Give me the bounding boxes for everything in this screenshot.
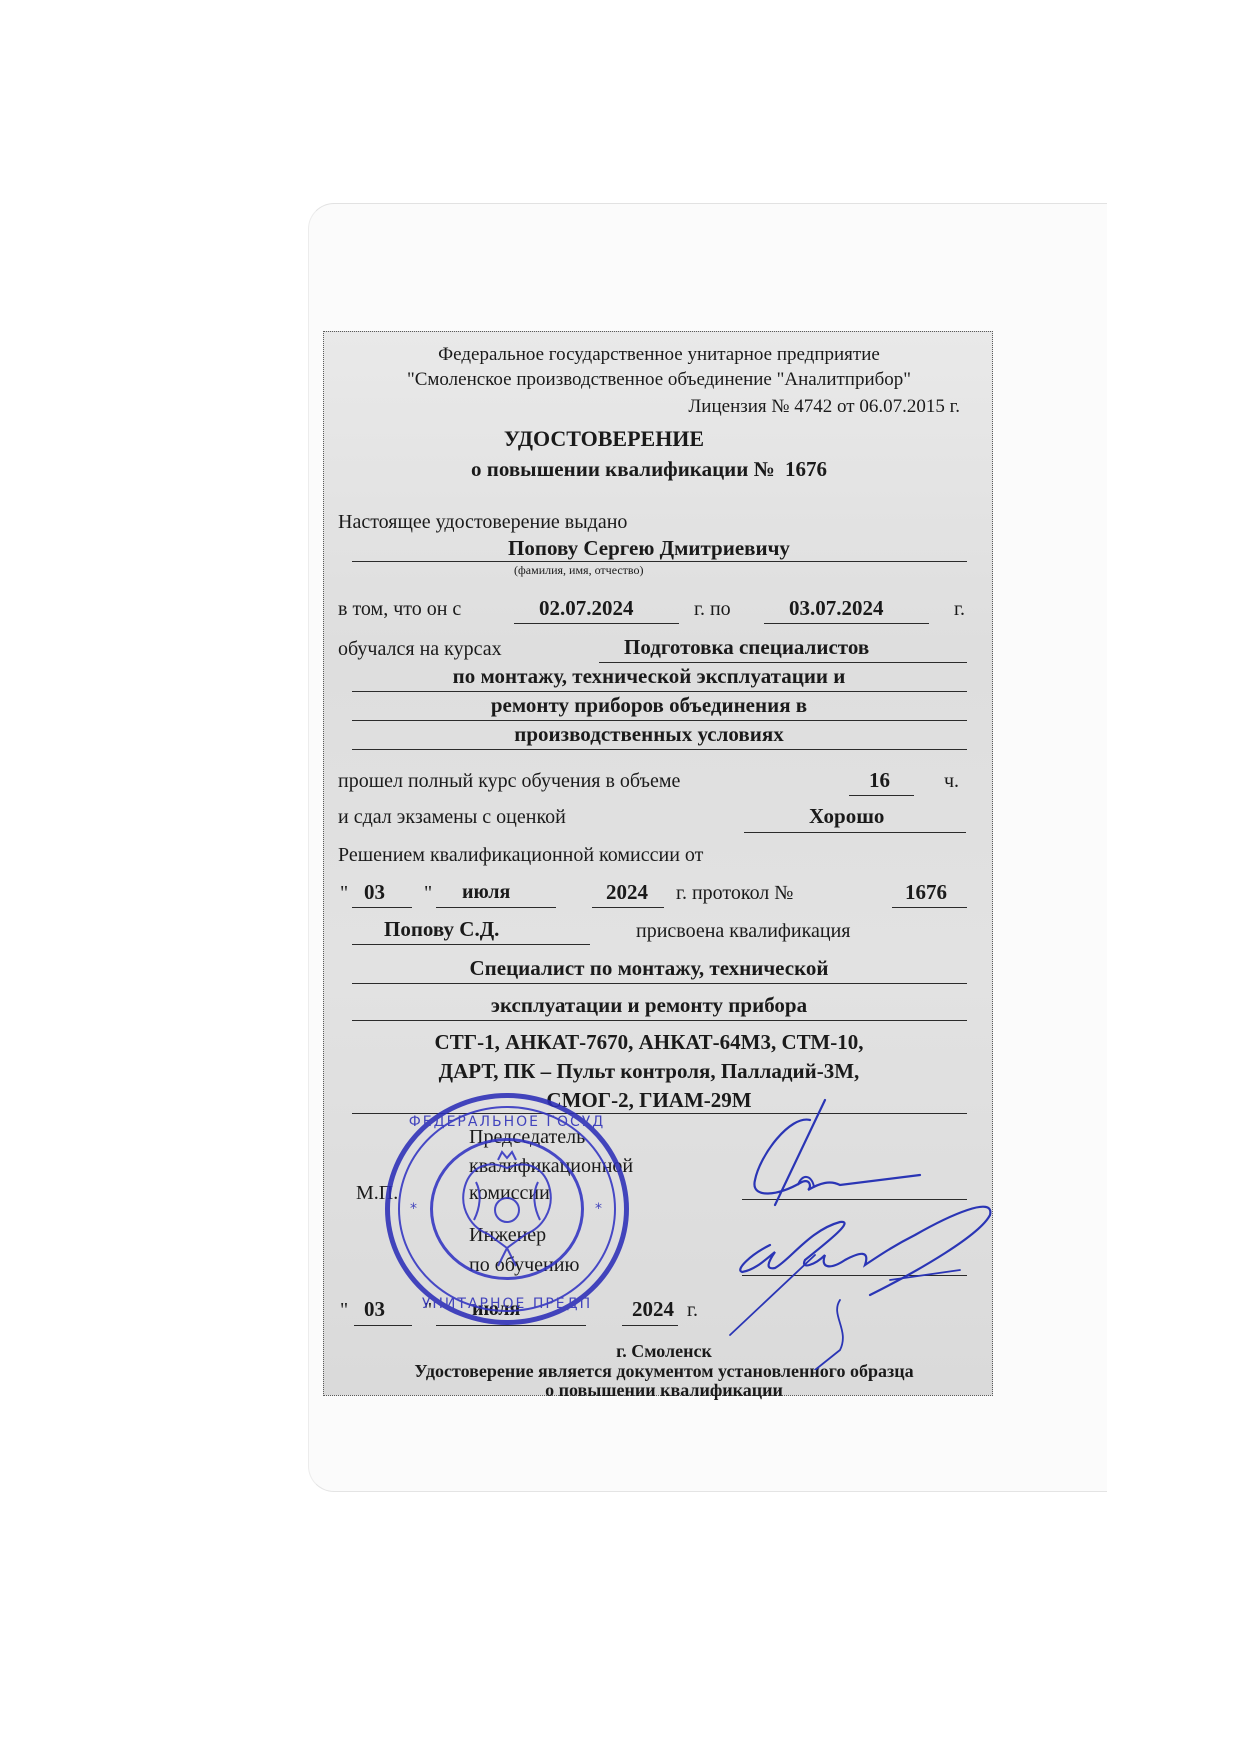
protocol-label: г. протокол № — [676, 883, 793, 903]
period-to-underline — [764, 623, 929, 624]
qualification-label: присвоена квалификация — [636, 921, 850, 941]
course-underline-3 — [352, 720, 967, 721]
issue-quote-close: " — [424, 1300, 432, 1320]
period-prefix: в том, что он с — [338, 599, 461, 619]
issue-quote-open: " — [340, 1300, 348, 1320]
hours-value: 16 — [869, 770, 890, 791]
chair-title-line-1: Председатель — [469, 1127, 585, 1147]
chair-signature-line — [742, 1199, 967, 1200]
footer-city: г. Смоленск — [324, 1342, 1004, 1360]
course-line-2: по монтажу, технической эксплуатации и — [324, 666, 974, 687]
decision-quote-close: " — [424, 883, 432, 903]
name-caption: (фамилия, имя, отчество) — [514, 564, 643, 576]
footer-note-line-1: Удостоверение является документом устано… — [324, 1362, 1004, 1380]
license-info: Лицензия № 4742 от 06.07.2015 г. — [688, 397, 960, 416]
issue-day: 03 — [364, 1299, 385, 1320]
course-line-4: производственных условиях — [324, 724, 974, 745]
devices-line-2: ДАРТ, ПК – Пульт контроля, Палладий-3М, — [324, 1061, 974, 1082]
protocol-number: 1676 — [905, 882, 947, 903]
decision-day: 03 — [364, 882, 385, 903]
decision-label: Решением квалификационной комиссии от — [338, 845, 703, 865]
qualification-line-1: Специалист по монтажу, технической — [324, 958, 974, 979]
course-label: обучался на курсах — [338, 639, 502, 659]
decision-year: 2024 — [606, 882, 648, 903]
period-from-date: 02.07.2024 — [539, 598, 634, 619]
document-title: УДОСТОВЕРЕНИЕ — [324, 428, 884, 450]
exam-underline — [744, 832, 966, 833]
certificate-number: 1676 — [785, 459, 827, 480]
period-suffix: г. — [954, 599, 965, 619]
protocol-underline — [892, 907, 967, 908]
qualification-line-2: эксплуатации и ремонту прибора — [324, 995, 974, 1016]
period-from-underline — [514, 623, 679, 624]
document-subtitle: о повышении квалификации № — [471, 459, 775, 480]
hours-unit: ч. — [944, 771, 959, 791]
qualification-underline-2 — [352, 1020, 967, 1021]
devices-underline — [352, 1113, 967, 1114]
course-underline-1 — [599, 662, 967, 663]
course-line-1: Подготовка специалистов — [624, 637, 869, 658]
period-mid: г. по — [694, 599, 731, 619]
footer-note-line-2: о повышении квалификации — [324, 1381, 1004, 1399]
issue-year-underline — [622, 1325, 678, 1326]
hours-underline — [849, 795, 914, 796]
devices-line-3: СМОГ-2, ГИАМ-29М — [324, 1090, 974, 1111]
issue-month-underline — [436, 1325, 586, 1326]
period-to-date: 03.07.2024 — [789, 598, 884, 619]
chair-title-line-3: комиссии — [469, 1183, 550, 1203]
recipient-full-name: Попову Сергею Дмитриевичу — [324, 538, 974, 559]
decision-day-underline — [352, 907, 412, 908]
exam-label: и сдал экзамены с оценкой — [338, 807, 566, 827]
issue-month: июля — [472, 1299, 520, 1319]
issue-year: 2024 — [632, 1299, 674, 1320]
org-name-line-2: "Смоленское производственное объединение… — [324, 370, 994, 389]
name-underline — [352, 561, 967, 562]
org-name-line-1: Федеральное государственное унитарное пр… — [324, 345, 994, 364]
engineer-signature-line — [742, 1275, 967, 1276]
decision-quote-open: " — [340, 883, 348, 903]
issued-to-label: Настоящее удостоверение выдано — [338, 512, 627, 532]
devices-line-1: СТГ-1, АНКАТ-7670, АНКАТ-64М3, СТМ-10, — [324, 1032, 974, 1053]
hours-label: прошел полный курс обучения в объеме — [338, 771, 680, 791]
qualification-recipient-short-name: Попову С.Д. — [384, 919, 499, 940]
chair-title-line-2: квалификационной — [469, 1156, 633, 1176]
seal-label: М.П. — [356, 1183, 398, 1203]
course-underline-2 — [352, 691, 967, 692]
issue-suffix: г. — [687, 1300, 698, 1320]
decision-month-underline — [436, 907, 556, 908]
course-underline-4 — [352, 749, 967, 750]
short-name-underline — [352, 944, 590, 945]
certificate-sheet: Федеральное государственное унитарное пр… — [323, 331, 993, 1396]
issue-day-underline — [354, 1325, 412, 1326]
qualification-underline-1 — [352, 983, 967, 984]
exam-grade: Хорошо — [809, 806, 884, 827]
decision-year-underline — [592, 907, 664, 908]
engineer-title-line-1: Инженер — [469, 1225, 546, 1245]
course-line-3: ремонту приборов объединения в — [324, 695, 974, 716]
engineer-title-line-2: по обучению — [469, 1255, 579, 1275]
decision-month: июля — [462, 882, 510, 902]
